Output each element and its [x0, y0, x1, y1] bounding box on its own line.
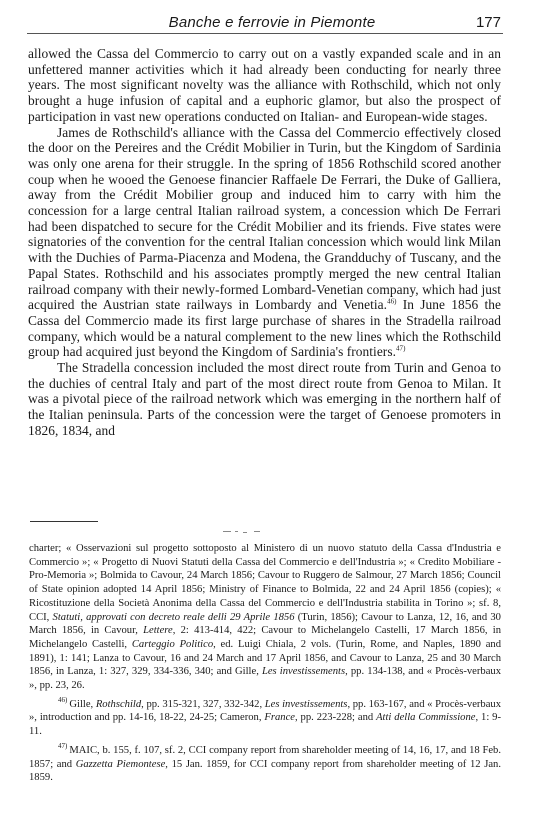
running-title: Banche e ferrovie in Piemonte — [157, 14, 387, 31]
text-run: allowed the Cassa del Commercio to carry… — [28, 46, 501, 124]
text-run: , pp. 315-321, 327, 332-342, — [141, 699, 265, 710]
footnote-separator — [30, 521, 98, 522]
header-rule — [27, 33, 503, 34]
italic-title: Les investissements — [265, 699, 348, 710]
italic-title: Les investissements — [262, 666, 345, 677]
body-paragraph: James de Rothschild's alliance with the … — [28, 125, 501, 361]
italic-title: France — [264, 712, 295, 723]
footnote-number: 46) — [58, 696, 67, 704]
footnote: 46)Gille, Rothschild, pp. 315-321, 327, … — [29, 698, 501, 739]
footnote-reference: 46) — [387, 298, 396, 306]
text-run: Gille, — [69, 699, 95, 710]
italic-title: Gazzetta Piemontese — [76, 759, 166, 770]
italic-title: Lettere — [143, 625, 173, 636]
text-run: , pp. 223-228; and — [295, 712, 376, 723]
running-header: Banche e ferrovie in Piemonte 177 — [27, 14, 503, 34]
text-run: James de Rothschild's alliance with the … — [28, 125, 501, 313]
footnote-continuation: charter; « Osservazioni sul progetto sot… — [29, 542, 501, 693]
footnotes: charter; « Osservazioni sul progetto sot… — [29, 542, 501, 790]
italic-title: Carteggio Politico — [132, 639, 213, 650]
body-paragraph: allowed the Cassa del Commercio to carry… — [28, 46, 501, 125]
page-number: 177 — [476, 14, 501, 31]
footnote-reference: 47) — [396, 345, 405, 353]
footnote: 47)MAIC, b. 155, f. 107, sf. 2, CCI comp… — [29, 744, 501, 785]
body-paragraph: The Stradella concession included the mo… — [28, 360, 501, 439]
body-text: allowed the Cassa del Commercio to carry… — [28, 46, 501, 439]
italic-title: Rothschild — [96, 699, 141, 710]
footnote-number: 47) — [58, 742, 67, 750]
italic-title: Atti della Commissione — [376, 712, 475, 723]
italic-title: Statuti, approvati con decreto reale del… — [53, 612, 295, 623]
text-run: The Stradella concession included the mo… — [28, 360, 501, 438]
scan-artifact-marks — [223, 531, 263, 535]
